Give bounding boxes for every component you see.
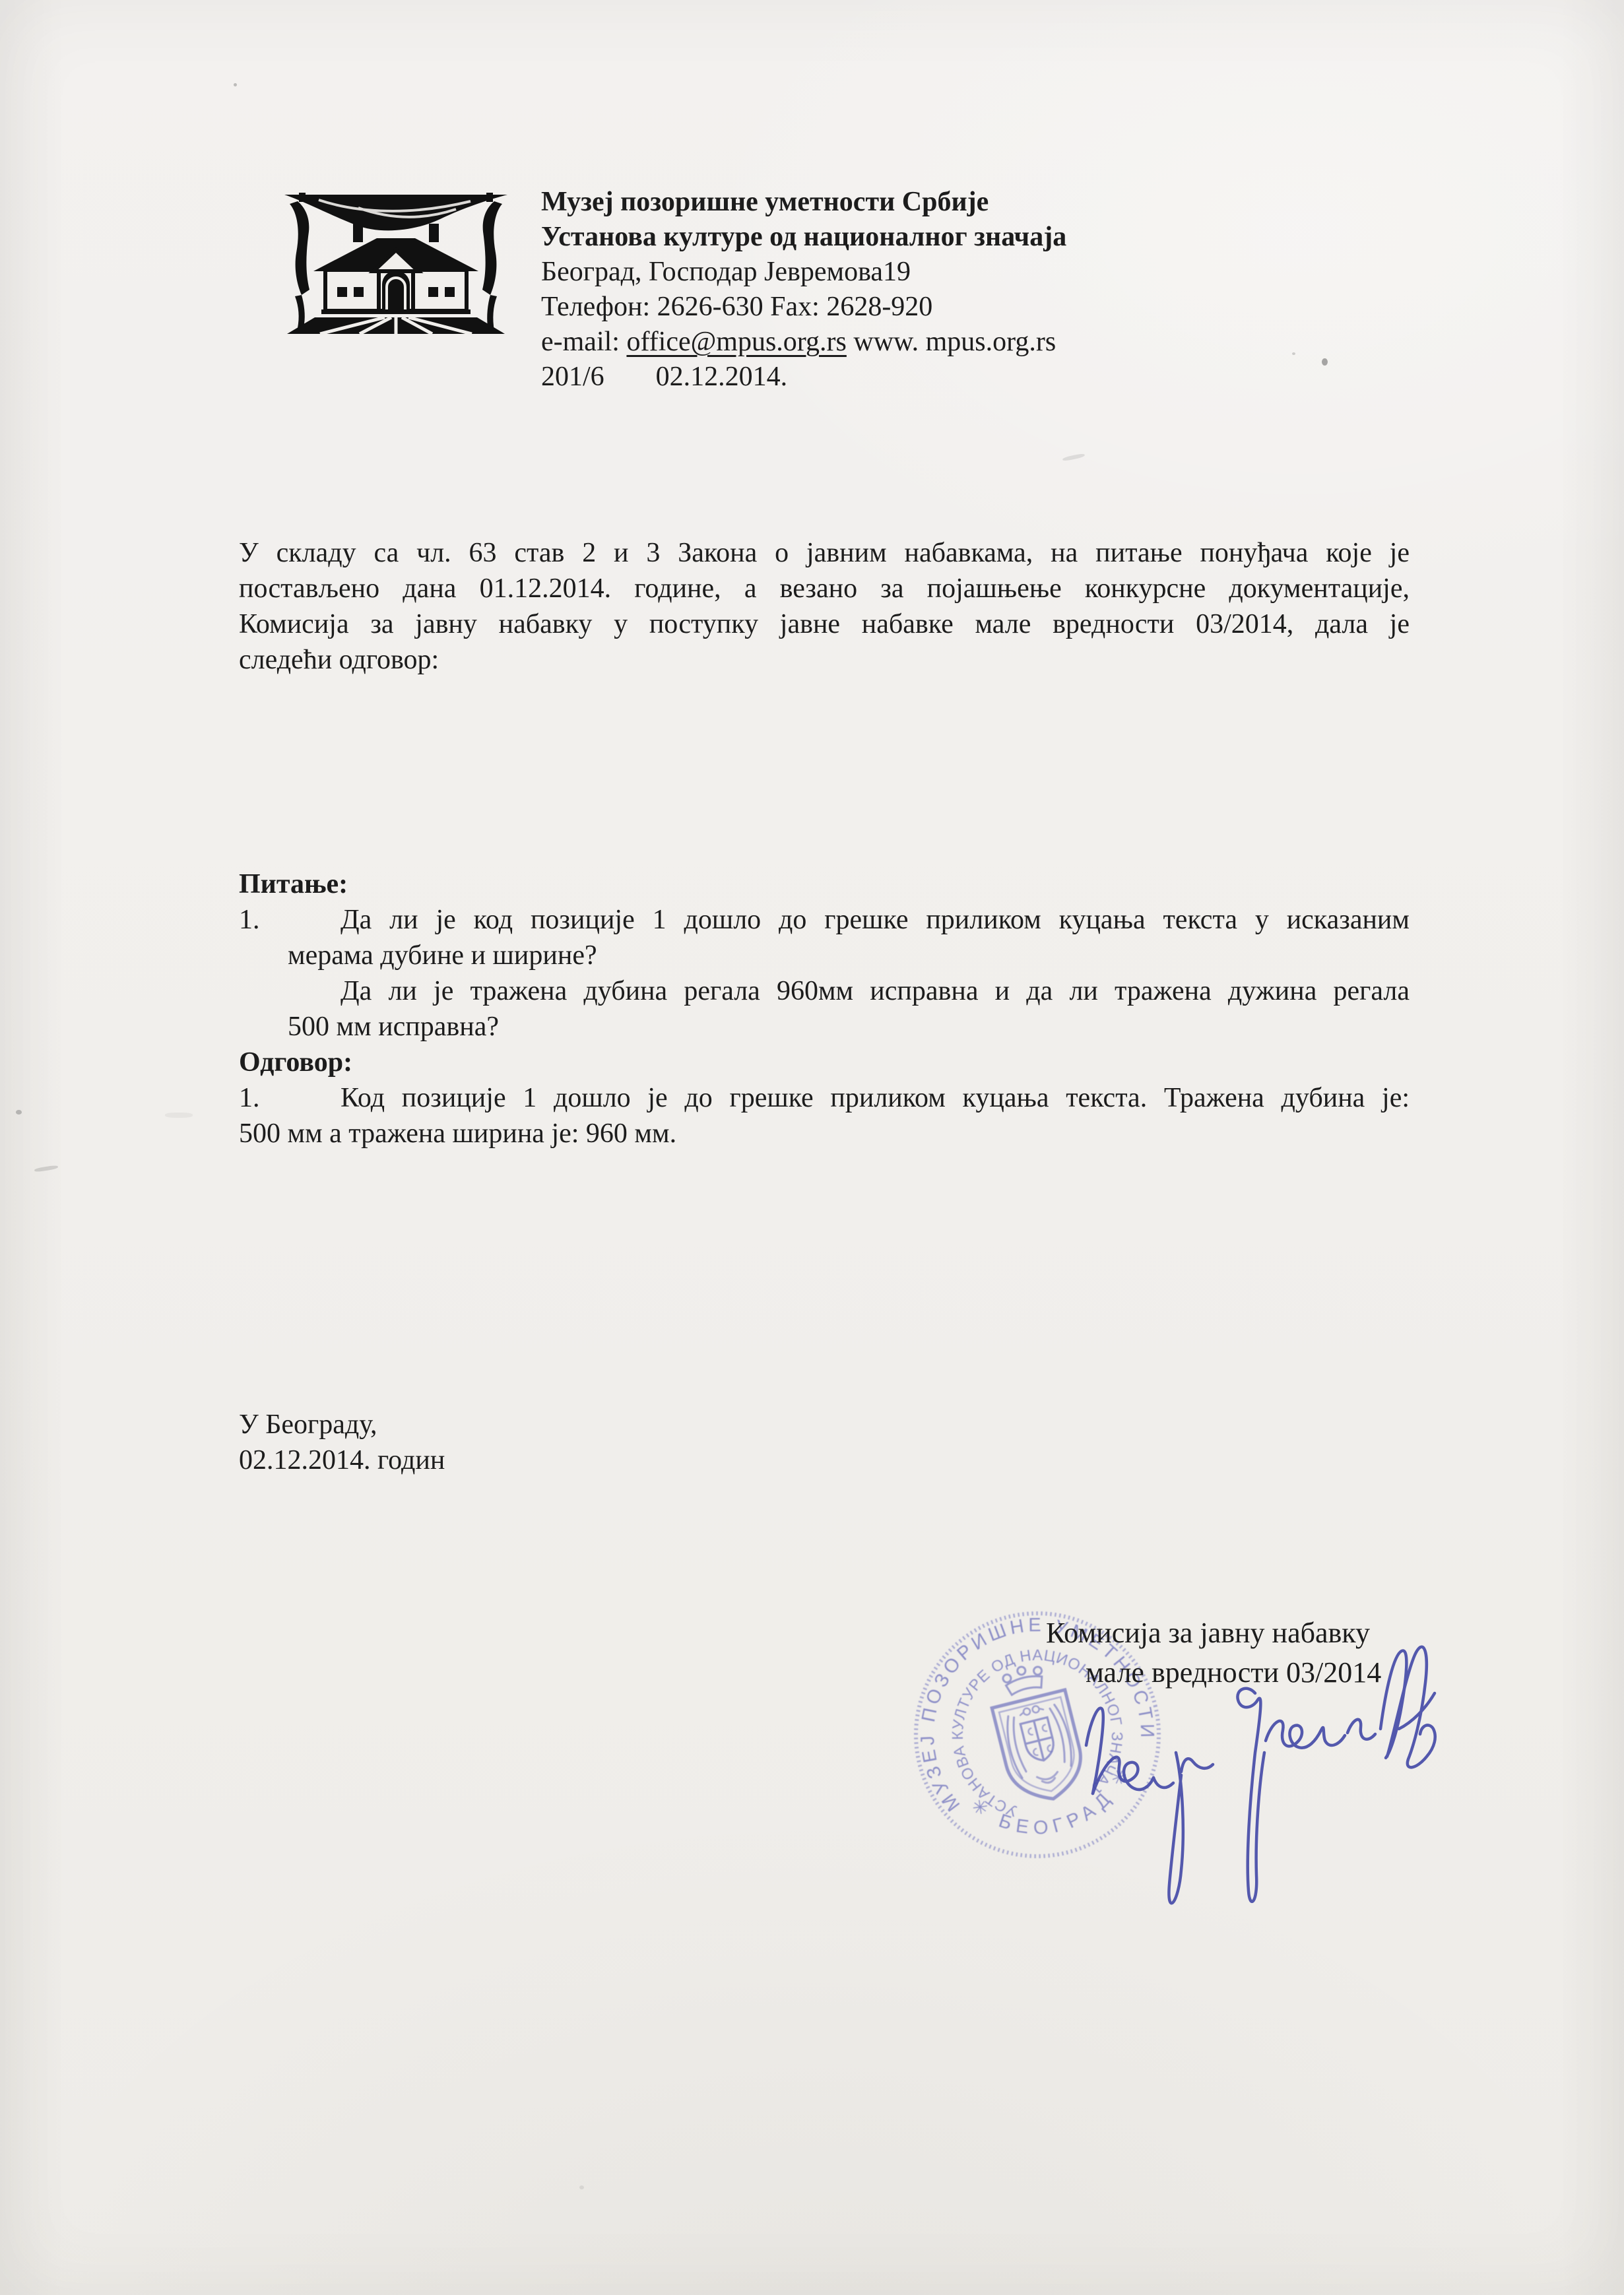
question-line: 500 мм исправна?: [288, 1009, 499, 1045]
scan-speck: [34, 1165, 58, 1173]
intro-line: следећи одговор:: [239, 642, 1410, 678]
scan-speck: [1322, 358, 1328, 366]
answer-line: Код позиције 1 дошло је до грешке прилик…: [341, 1080, 1410, 1116]
question-line: Да ли је код позиције 1 дошло до грешке …: [341, 902, 1410, 938]
question-line: Да ли је тражена дубина регала 960мм исп…: [341, 973, 1410, 1009]
museum-logo: [279, 191, 513, 335]
question-heading: Питање:: [239, 866, 348, 902]
answer-item-number: 1.: [239, 1080, 260, 1116]
address-line: Београд, Господар Јевремова19: [541, 255, 1066, 290]
ref-number: 201/6: [541, 362, 604, 392]
email-label: e-mail:: [541, 327, 626, 357]
email-address: office@mpus.org.rs: [626, 327, 846, 357]
org-name: Музеј позоришне уметности Србије: [541, 185, 1066, 220]
email-line: e-mail: office@mpus.org.rs www. mpus.org…: [541, 325, 1066, 360]
museum-building: [313, 224, 478, 314]
phone-fax-line: Телефон: 2626-630 Fax: 2628-920: [541, 290, 1066, 325]
answer-heading: Одговор:: [239, 1045, 352, 1080]
intro-line: Комисија за јавну набавку у поступку јав…: [239, 606, 1410, 642]
letterhead: Музеј позоришне уметности Србије Установ…: [541, 185, 1066, 395]
intro-line: У складу са чл. 63 став 2 и 3 Закона о ј…: [239, 535, 1410, 571]
question-item-number: 1.: [239, 902, 260, 938]
scan-speck: [16, 1110, 22, 1115]
question-line: мерама дубине и ширине?: [288, 938, 597, 973]
intro-paragraph: У складу са чл. 63 став 2 и 3 Закона о ј…: [239, 535, 1410, 678]
signoff-line-2: мале вредности 03/2014: [1086, 1655, 1381, 1691]
scan-speck: [234, 83, 237, 86]
place-line: У Београду,: [239, 1407, 377, 1442]
ref-line: 201/602.12.2014.: [541, 360, 1066, 395]
scan-speck: [1292, 352, 1295, 355]
date-line: 02.12.2014. годин: [239, 1442, 445, 1478]
scan-speck: [165, 1113, 193, 1118]
signature-left: [1086, 1708, 1213, 1904]
scan-speck: [1062, 453, 1086, 462]
intro-line: постављено дана 01.12.2014. године, а ве…: [239, 571, 1410, 606]
website-text: www. mpus.org.rs: [847, 327, 1056, 357]
signoff-line-1: Комисија за јавну набавку: [1046, 1615, 1370, 1651]
ref-date: 02.12.2014.: [656, 362, 788, 392]
scan-speck: [579, 2185, 584, 2189]
forecourt: [287, 317, 505, 334]
scanned-letter-page: Музеј позоришне уметности Србије Установ…: [0, 0, 1624, 2295]
answer-line: 500 мм а тражена ширина је: 960 мм.: [239, 1116, 676, 1151]
org-type-line: Установа културе од националног значаја: [541, 220, 1066, 255]
